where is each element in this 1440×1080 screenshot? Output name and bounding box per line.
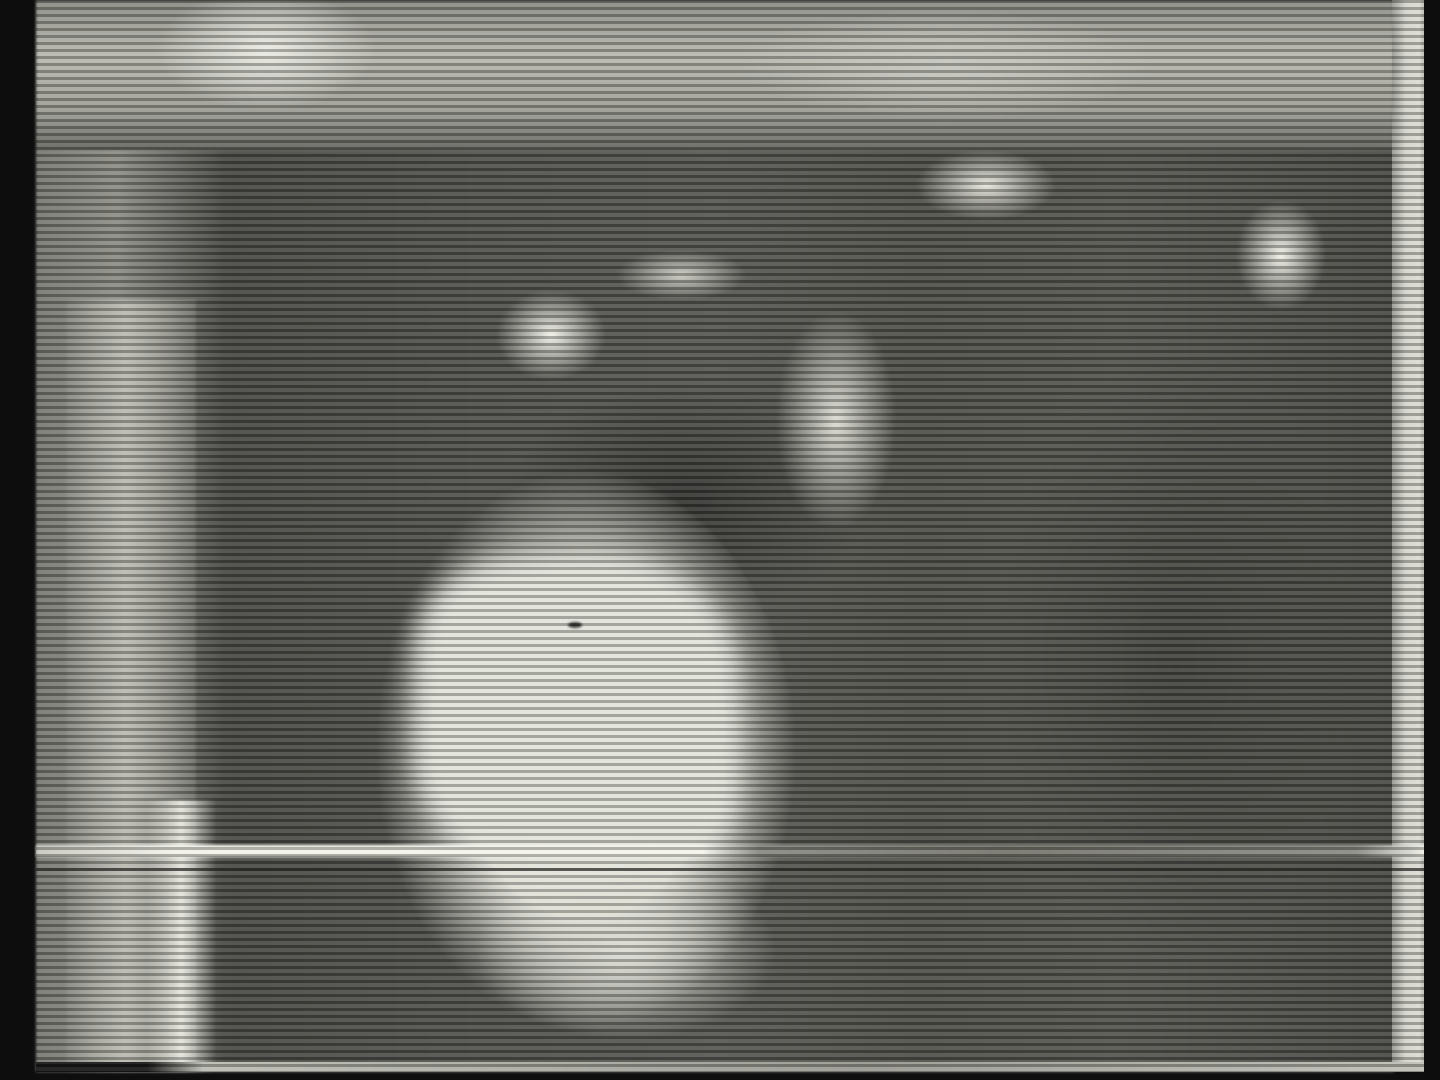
highlight-spot [776,310,896,530]
left-lower-highlight [146,800,216,1072]
left-black-border [0,0,36,1080]
right-black-border [1424,0,1440,1080]
right-bright-edge [1392,0,1426,1065]
central-bright-core [416,560,736,860]
lower-bright-area [476,860,776,1040]
highlight-spot [916,150,1056,220]
video-frame: Grayscale analog video frame with heavy … [0,0,1440,1080]
tape-glitch-line [36,845,1426,857]
highlight-spot [496,290,606,380]
video-picture-area [36,0,1394,1072]
highlight-spot [616,250,746,300]
tape-glitch-shadow [36,868,1426,871]
bottom-edge-strip [36,1062,1426,1072]
dark-speck [568,622,582,628]
highlight-spot [1236,200,1326,310]
top-glow-right [736,10,1156,120]
